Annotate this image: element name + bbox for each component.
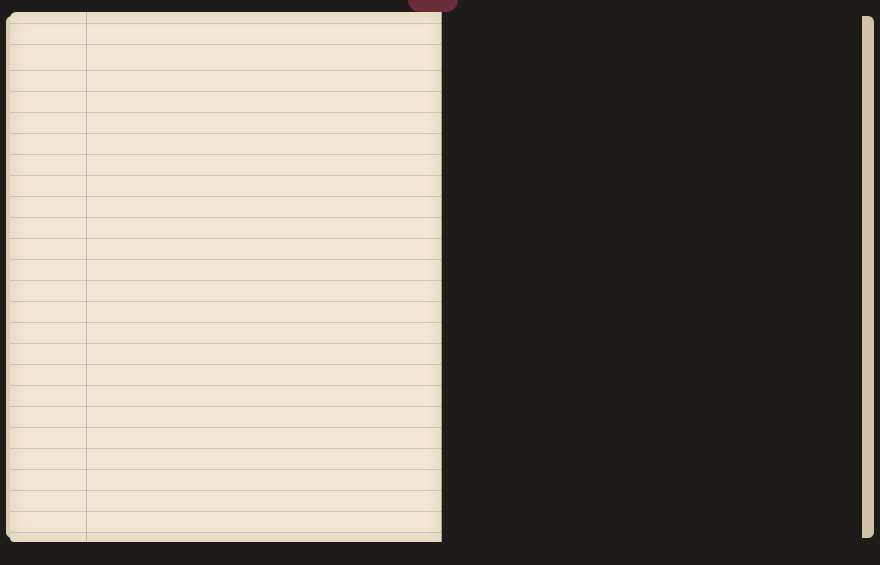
binding-top	[408, 0, 458, 12]
page-stack-right	[862, 16, 874, 538]
left-page-content	[10, 12, 442, 542]
left-page	[10, 12, 442, 542]
